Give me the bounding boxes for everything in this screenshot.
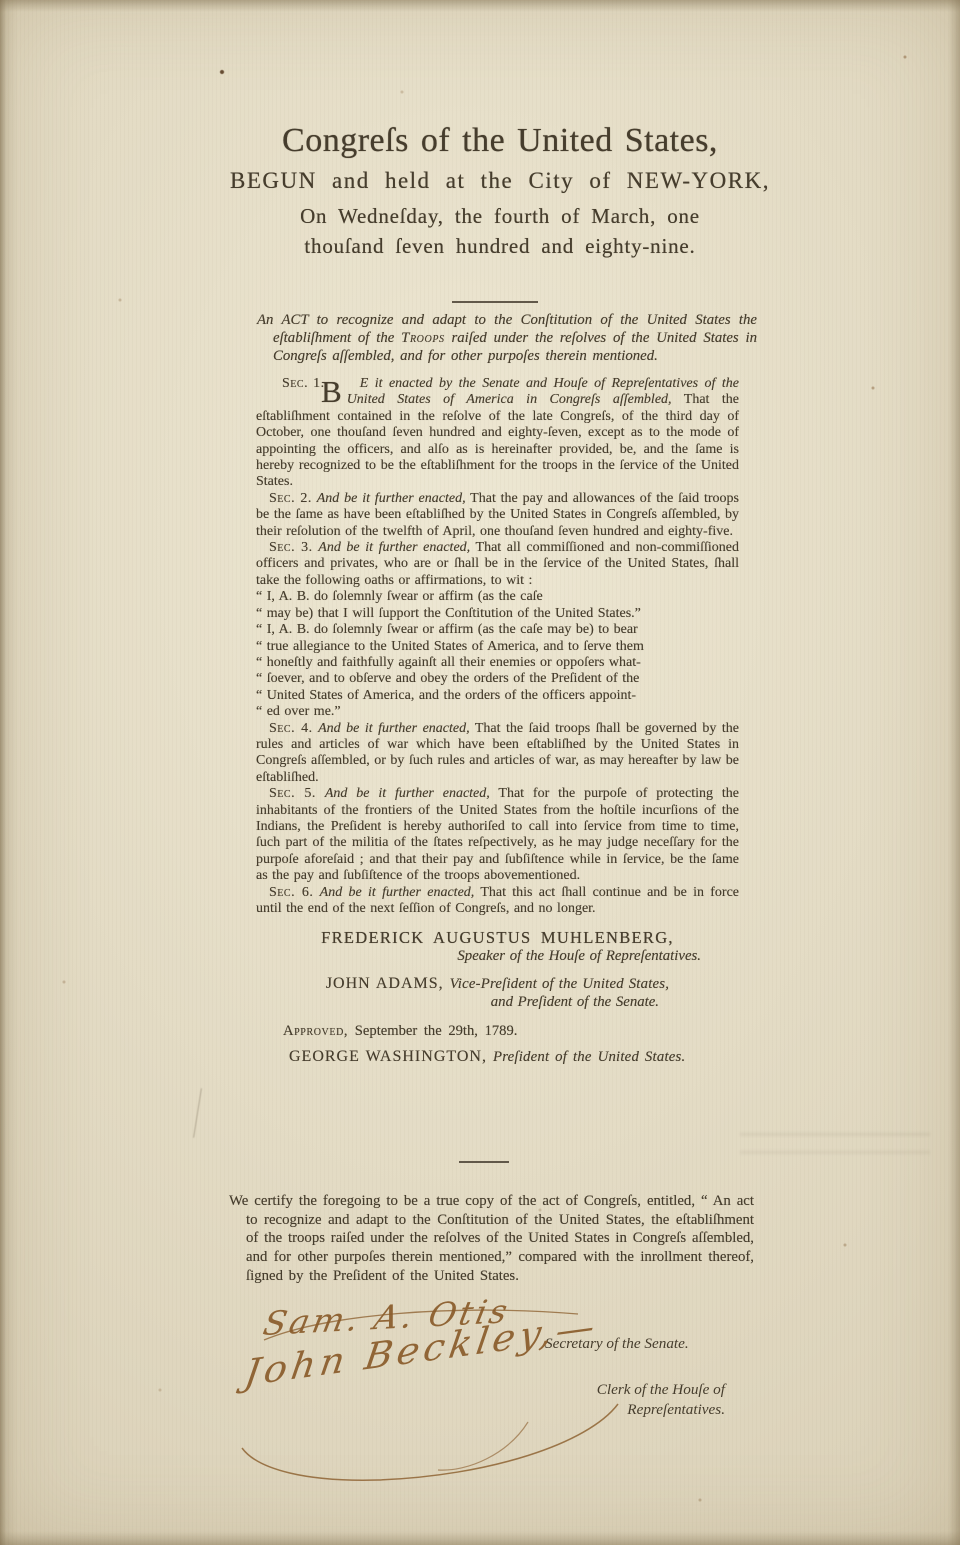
section-2-label: Sec. 2. [269,491,312,506]
divider-rule-bottom [459,1161,509,1163]
section-2: Sec. 2. And be it further enacted, That … [256,491,739,540]
beckley-title-line-1: Clerk of the Houſe of [565,1380,725,1400]
approved-line: Approved, September the 29th, 1789. [256,1023,739,1039]
section-6-label: Sec. 6. [269,885,313,900]
certification-paragraph: We certify the foregoing to be a true co… [229,1192,754,1286]
paper-crease [193,1088,202,1138]
section-5-enacting-clause: And be it further enacted, [325,786,490,801]
oath-line: “ ſoever, and to obſerve and obey the or… [256,671,739,687]
section-5-label: Sec. 5. [269,786,316,801]
speaker-title: Speaker of the Houſe of Repreſentatives. [256,948,739,964]
beckley-title: Clerk of the Houſe of Repreſentatives. [565,1380,725,1420]
section-3-enacting-clause: And be it further enacted, [318,540,470,555]
oath-line: “ true allegiance to the United States o… [256,639,739,655]
oath-block: “ I, A. B. do ſolemnly ſwear or affirm (… [256,589,739,720]
oath-line: “ United States of America, and the orde… [256,688,739,704]
oath-line: “ I, A. B. do ſolemnly ſwear or affirm (… [256,622,739,638]
oath-line: “ may be) that I will ſupport the Conſti… [256,606,739,622]
oath-line: “ honeſtly and faithfully againſt all th… [256,655,739,671]
heading-begun: BEGUN and held at the City of NEW-YORK, [40,167,960,195]
section-4-label: Sec. 4. [269,721,313,736]
heading-congress: Congreſs of the United States, [40,120,960,161]
heading-date-1: On Wedneſday, the fourth of March, one [40,204,960,229]
act-caption-troops: Troops [401,330,445,346]
president-name: GEORGE WASHINGTON, [289,1048,493,1065]
beckley-title-line-2: Repreſentatives. [565,1400,725,1420]
heading-date-2: thouſand ſeven hundred and eighty-nine. [40,234,960,259]
section-6: Sec. 6. And be it further enacted, That … [256,885,739,918]
section-1-enacting-clause: E it enacted by the Senate and Houſe of … [347,376,739,407]
section-2-enacting-clause: And be it further enacted, [317,491,466,506]
vice-president-line: JOHN ADAMS, Vice-Preſident of the United… [256,976,739,992]
approved-label: Approved, [283,1023,348,1039]
section-1: Sec. 1.BE it enacted by the Senate and H… [256,376,739,491]
oath-line: “ I, A. B. do ſolemnly ſwear or affirm (… [256,589,739,605]
attestation-block: FREDERICK AUGUSTUS MUHLENBERG, Speaker o… [256,930,739,1065]
president-title: Preſident of the United States. [493,1049,685,1065]
president-line: GEORGE WASHINGTON, Preſident of the Unit… [256,1049,739,1065]
document-heading: Congreſs of the United States, BEGUN and… [40,120,960,264]
section-3: Sec. 3. And be it further enacted, That … [256,540,739,589]
section-4-enacting-clause: And be it further enacted, [318,721,470,736]
section-1-label: Sec. 1. [269,376,325,392]
approved-date: September the 29th, 1789. [348,1023,517,1039]
speaker-name: FREDERICK AUGUSTUS MUHLENBERG, [256,930,739,946]
section-5: Sec. 5. And be it further enacted, That … [256,786,739,884]
document-page: Congreſs of the United States, BEGUN and… [0,0,960,1545]
act-body: Sec. 1.BE it enacted by the Senate and H… [256,376,739,1066]
oath-line: “ ed over me.” [256,704,739,720]
ink-showthrough-smudge [740,1128,930,1172]
vice-president-title-1: Vice-Preſident of the United States, [450,976,670,992]
vice-president-name: JOHN ADAMS, [326,975,450,992]
section-4: Sec. 4. And be it further enacted, That … [256,721,739,787]
divider-rule-top [452,301,538,303]
act-caption: An ACT to recognize and adapt to the Con… [257,311,757,365]
section-6-enacting-clause: And be it further enacted, [320,885,475,900]
vice-president-title-2: and Preſident of the Senate. [256,994,739,1010]
section-3-label: Sec. 3. [269,540,313,555]
